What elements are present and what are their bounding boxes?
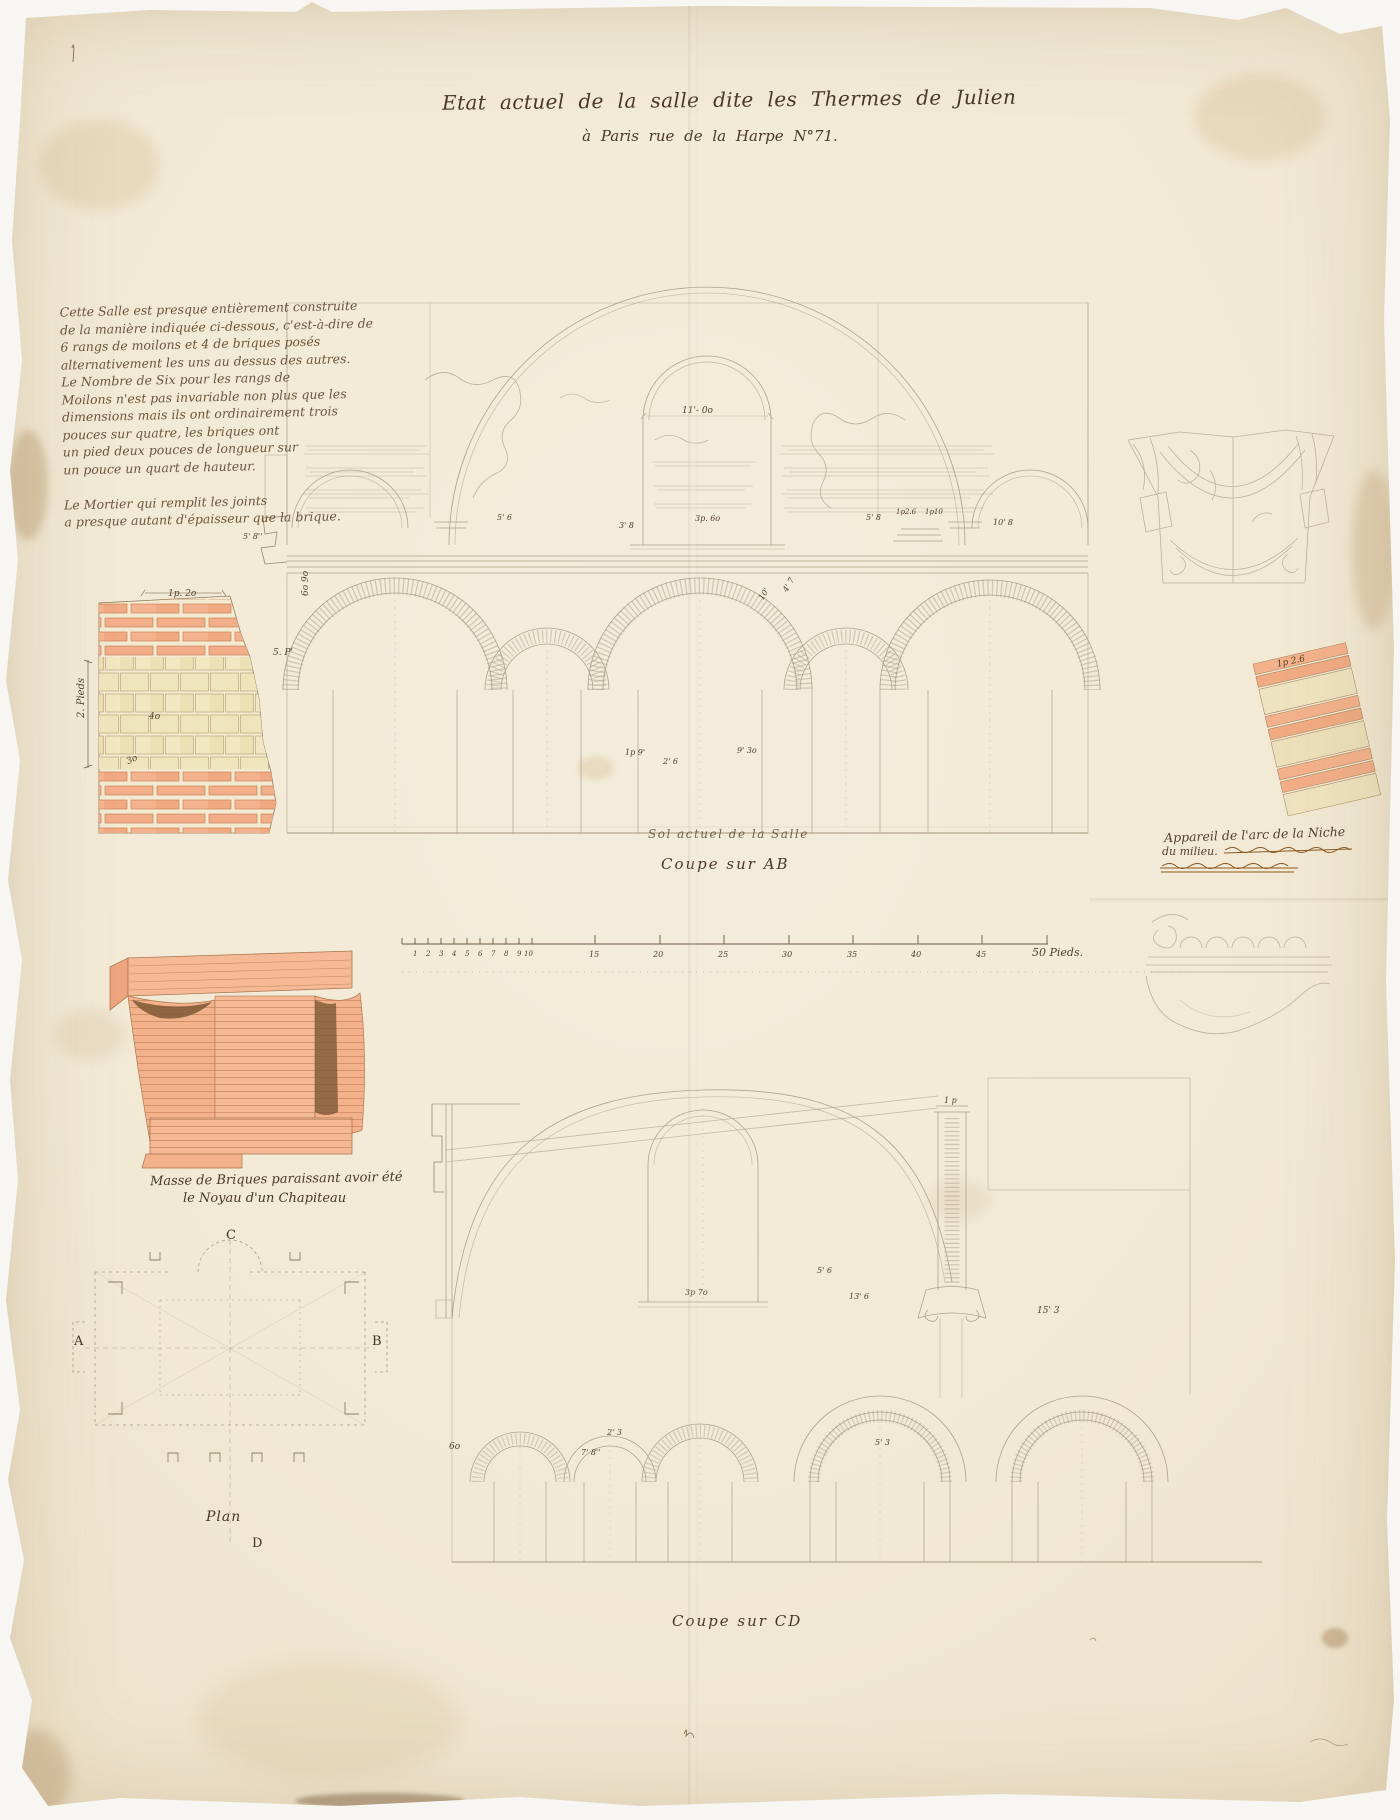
- dimension-annotation: 5' 8'': [243, 532, 262, 541]
- dimension-annotation: 15' 3: [1037, 1306, 1060, 1316]
- brick-capital-caption-line2: le Noyau d'un Chapiteau: [183, 1191, 346, 1206]
- dimension-annotation: 7: [491, 950, 495, 958]
- dimension-annotation: 6o: [449, 1442, 460, 1452]
- dimension-annotation: 10' 8: [993, 518, 1013, 527]
- construction-note: Cette Salle est presque entièrement cons…: [59, 296, 377, 531]
- dimension-annotation: 9' 3o: [737, 746, 757, 755]
- dimension-annotation: 5' 6: [817, 1266, 832, 1275]
- dimension-annotation: 6: [478, 950, 482, 958]
- dimension-annotation: 40: [911, 950, 921, 959]
- dimension-annotation: 7' 8'': [581, 1448, 600, 1457]
- scanned-drawing-sheet: Etat actuel de la salle dite les Thermes…: [0, 0, 1400, 1820]
- dimension-annotation: 35: [847, 950, 857, 959]
- plan-letter-d: D: [252, 1536, 262, 1551]
- dimension-annotation: 5: [465, 950, 469, 958]
- dimension-annotation: 1p 9': [625, 748, 645, 757]
- dimension-annotation: 50 Pieds.: [1032, 946, 1083, 959]
- dimension-annotation: 4o: [149, 712, 160, 722]
- plan-letter-a: A: [74, 1334, 83, 1349]
- dimension-annotation: 2: [426, 950, 430, 958]
- drawing-linework: [0, 0, 1400, 1820]
- section-cd-caption: Coupe sur CD: [672, 1612, 802, 1630]
- dimension-annotation: 20: [653, 950, 663, 959]
- dimension-annotation: 11'- 0o: [682, 406, 713, 416]
- dimension-annotation: 2' 3: [607, 1428, 622, 1437]
- dimension-annotation: 45: [976, 950, 986, 959]
- page-subtitle: à Paris rue de la Harpe N°71.: [555, 127, 865, 145]
- section-ab-caption: Coupe sur AB: [661, 855, 790, 873]
- dimension-annotation: 3: [439, 950, 443, 958]
- dimension-annotation: 8: [504, 950, 508, 958]
- paper-sheet: Etat actuel de la salle dite les Thermes…: [0, 0, 1400, 1820]
- dimension-annotation: 13' 6: [849, 1292, 869, 1301]
- dimension-annotation: 5' 8: [866, 513, 881, 522]
- dimension-annotation: 2' 6: [663, 757, 678, 766]
- floor-label: Sol actuel de la Salle: [648, 827, 809, 841]
- dimension-annotation: 3' 8: [619, 521, 634, 530]
- dimension-annotation: 5' 6: [497, 513, 512, 522]
- dimension-annotation: 1p. 2o: [168, 589, 196, 599]
- niche-arch-caption-line2: du milieu.: [1162, 845, 1218, 858]
- dimension-annotation: 1 p: [944, 1096, 957, 1105]
- dimension-annotation: 3p 7o: [685, 1288, 708, 1297]
- dimension-annotation: 1p2.6: [896, 508, 916, 516]
- dimension-annotation: 2. Pieds: [76, 678, 87, 718]
- dimension-annotation: 3p. 6o: [695, 514, 720, 523]
- dimension-annotation: 10: [524, 950, 533, 958]
- dimension-annotation: 1p10: [925, 508, 943, 516]
- dimension-annotation: 6o 9o: [301, 571, 311, 596]
- plan-letter-b: B: [372, 1334, 382, 1349]
- plan-letter-c: C: [226, 1228, 236, 1243]
- dimension-annotation: 1: [413, 950, 417, 958]
- dimension-annotation: 30: [782, 950, 792, 959]
- dimension-annotation: 15: [589, 950, 599, 959]
- dimension-annotation: 9: [517, 950, 521, 958]
- dimension-annotation: 5. P': [273, 648, 293, 658]
- plan-caption: Plan: [206, 1509, 241, 1525]
- dimension-annotation: 25: [718, 950, 728, 959]
- dimension-annotation: 4: [452, 950, 456, 958]
- dimension-annotation: 5' 3: [875, 1438, 890, 1447]
